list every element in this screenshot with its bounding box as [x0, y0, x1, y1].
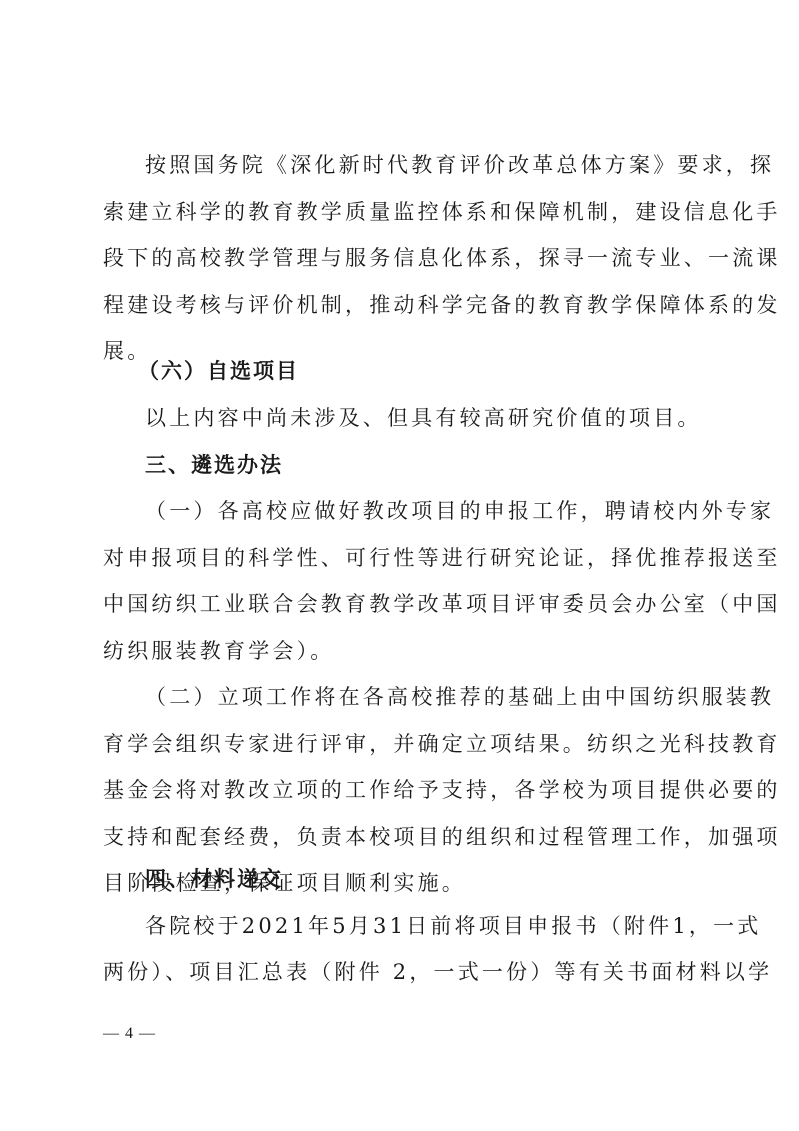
paragraph-line: （一）各高校应做好教改项目的申报工作，聘请校内外专家: [145, 496, 693, 526]
paragraph-line: 基金会将对教改立项的工作给予支持，各学校为项目提供必要的: [103, 775, 693, 805]
paragraph-line: 以上内容中尚未涉及、但具有较高研究价值的项目。: [145, 403, 693, 433]
paragraph-line: 各院校于2021年5月31日前将项目申报书（附件1，一式: [145, 911, 693, 941]
section-subheading: （六）自选项目: [138, 356, 686, 386]
paragraph-line: 对申报项目的科学性、可行性等进行研究论证，择优推荐报送至: [103, 543, 693, 573]
section-heading: 四、材料递交: [145, 864, 693, 894]
paragraph-line: 索建立科学的教育教学质量监控体系和保障机制，建设信息化手: [103, 197, 693, 227]
paragraph-line: 程建设考核与评价机制，推动科学完备的教育教学保障体系的发: [103, 290, 693, 320]
paragraph-line: 育学会组织专家进行评审，并确定立项结果。纺织之光科技教育: [103, 729, 693, 759]
paragraph-line: 支持和配套经费，负责本校项目的组织和过程管理工作，加强项: [103, 822, 693, 852]
paragraph-line: 两份）、项目汇总表（附件 2，一式一份）等有关书面材料以学: [103, 957, 693, 987]
paragraph-line: 按照国务院《深化新时代教育评价改革总体方案》要求，探: [145, 150, 693, 180]
paragraph-line: 中国纺织工业联合会教育教学改革项目评审委员会办公室（中国: [103, 589, 693, 619]
document-page: 按照国务院《深化新时代教育评价改革总体方案》要求，探 索建立科学的教育教学质量监…: [0, 0, 799, 1131]
paragraph-line: （二）立项工作将在各高校推荐的基础上由中国纺织服装教: [145, 682, 693, 712]
page-number: — 4 —: [103, 1024, 156, 1044]
section-heading: 三、遴选办法: [145, 450, 693, 480]
paragraph-line: 纺织服装教育学会）。: [103, 636, 693, 666]
paragraph-line: 段下的高校教学管理与服务信息化体系，探寻一流专业、一流课: [103, 243, 693, 273]
